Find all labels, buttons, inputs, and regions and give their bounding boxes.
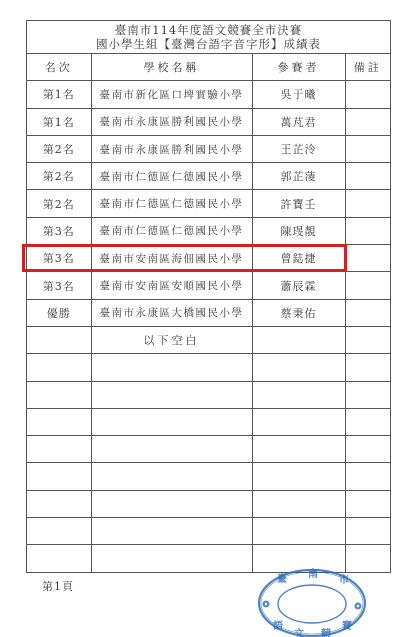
cell-note bbox=[345, 245, 390, 272]
table-row: 第1名 臺南市永康區勝利國民小學 萬芃君 bbox=[27, 108, 390, 135]
cell-rank: 第3名 bbox=[27, 245, 91, 272]
cell-rank: 第2名 bbox=[27, 163, 91, 190]
cell-rank bbox=[27, 326, 91, 353]
cell-rank: 第2名 bbox=[27, 135, 91, 162]
empty-row bbox=[27, 408, 390, 435]
table-row: 第1名 臺南市新化區口埤實驗小學 吳于曦 bbox=[27, 81, 390, 108]
stamp-char: 賽 bbox=[342, 619, 353, 632]
title-line-2: 國小學生組【臺灣台語字音字形】成績表 bbox=[27, 37, 390, 51]
cell-participant: 許寶壬 bbox=[252, 190, 345, 217]
empty-row bbox=[27, 490, 390, 517]
cell-school: 臺南市永康區勝利國民小學 bbox=[91, 135, 252, 162]
stamp-char: 文 bbox=[294, 627, 304, 637]
official-seal-stamp: 臺 南 市 語 文 競 賽 bbox=[256, 567, 368, 637]
empty-row bbox=[27, 354, 390, 381]
table-row: 第2名 臺南市永康區勝利國民小學 王芷泠 bbox=[27, 135, 390, 162]
cell-participant: 吳于曦 bbox=[252, 81, 345, 108]
cell-participant: 王芷泠 bbox=[252, 135, 345, 162]
cell-participant: 蔡秉佑 bbox=[252, 299, 345, 326]
blank-marker-row: 以下空白 bbox=[27, 326, 390, 353]
cell-participant: 萬芃君 bbox=[252, 108, 345, 135]
cell-participant: 曾鋕捷 bbox=[252, 245, 345, 272]
cell-school: 臺南市新化區口埤實驗小學 bbox=[91, 81, 252, 108]
cell-rank: 優勝 bbox=[27, 299, 91, 326]
empty-row bbox=[27, 518, 390, 545]
cell-school: 臺南市安南區安順國民小學 bbox=[91, 272, 252, 299]
results-sheet: 臺南市114年度語文競賽全市決賽 國小學生組【臺灣台語字音字形】成績表 名次 學… bbox=[26, 20, 391, 573]
title-line-1: 臺南市114年度語文競賽全市決賽 bbox=[27, 23, 390, 37]
stamp-char: 語 bbox=[273, 619, 283, 632]
table-row: 第3名 臺南市安南區安順國民小學 蕭辰霖 bbox=[27, 272, 390, 299]
cell-note bbox=[345, 326, 390, 353]
cell-note bbox=[345, 190, 390, 217]
cell-note bbox=[345, 299, 390, 326]
cell-rank: 第1名 bbox=[27, 81, 91, 108]
cell-note bbox=[345, 135, 390, 162]
header-participant: 參賽者 bbox=[252, 54, 345, 81]
stamp-char: 競 bbox=[321, 627, 331, 637]
table-header-row: 名次 學校名稱 參賽者 備註 bbox=[27, 54, 390, 81]
cell-note bbox=[345, 217, 390, 244]
empty-row bbox=[27, 381, 390, 408]
cell-note bbox=[345, 81, 390, 108]
empty-row bbox=[27, 463, 390, 490]
cell-note bbox=[345, 108, 390, 135]
cell-note bbox=[345, 272, 390, 299]
cell-school: 臺南市仁德區仁德國民小學 bbox=[91, 190, 252, 217]
cell-rank: 第3名 bbox=[27, 217, 91, 244]
header-school: 學校名稱 bbox=[91, 54, 252, 81]
page-number: 第1頁 bbox=[42, 578, 74, 594]
title-block: 臺南市114年度語文競賽全市決賽 國小學生組【臺灣台語字音字形】成績表 bbox=[27, 21, 390, 54]
cell-school: 臺南市仁德區仁德國民小學 bbox=[91, 163, 252, 190]
table-row: 優勝 臺南市永康區大橋國民小學 蔡秉佑 bbox=[27, 299, 390, 326]
cell-rank: 第1名 bbox=[27, 108, 91, 135]
stamp-char: 南 bbox=[308, 567, 318, 580]
cell-participant: 郭芷蓤 bbox=[252, 163, 345, 190]
header-note: 備註 bbox=[345, 54, 390, 81]
cell-school: 臺南市安南區海佃國民小學 bbox=[91, 245, 252, 272]
header-rank: 名次 bbox=[27, 54, 91, 81]
cell-school: 臺南市仁德區仁德國民小學 bbox=[91, 217, 252, 244]
table-row: 第3名 臺南市仁德區仁德國民小學 陳琝靚 bbox=[27, 217, 390, 244]
cell-note bbox=[345, 163, 390, 190]
table-row: 第2名 臺南市仁德區仁德國民小學 郭芷蓤 bbox=[27, 163, 390, 190]
cell-rank: 第2名 bbox=[27, 190, 91, 217]
cell-participant: 陳琝靚 bbox=[252, 217, 345, 244]
empty-row bbox=[27, 436, 390, 463]
stamp-char: 臺 bbox=[277, 572, 287, 585]
cell-participant: 蕭辰霖 bbox=[252, 272, 345, 299]
table-row-highlighted: 第3名 臺南市安南區海佃國民小學 曾鋕捷 bbox=[27, 245, 390, 272]
table-row: 第2名 臺南市仁德區仁德國民小學 許寶壬 bbox=[27, 190, 390, 217]
cell-school: 臺南市永康區大橋國民小學 bbox=[91, 299, 252, 326]
stamp-char: 市 bbox=[339, 573, 349, 586]
cell-rank: 第3名 bbox=[27, 272, 91, 299]
cell-participant bbox=[252, 326, 345, 353]
cell-school: 臺南市永康區勝利國民小學 bbox=[91, 108, 252, 135]
results-table: 名次 學校名稱 參賽者 備註 第1名 臺南市新化區口埤實驗小學 吳于曦 第1名 … bbox=[27, 54, 390, 572]
blank-marker-text: 以下空白 bbox=[91, 326, 252, 353]
